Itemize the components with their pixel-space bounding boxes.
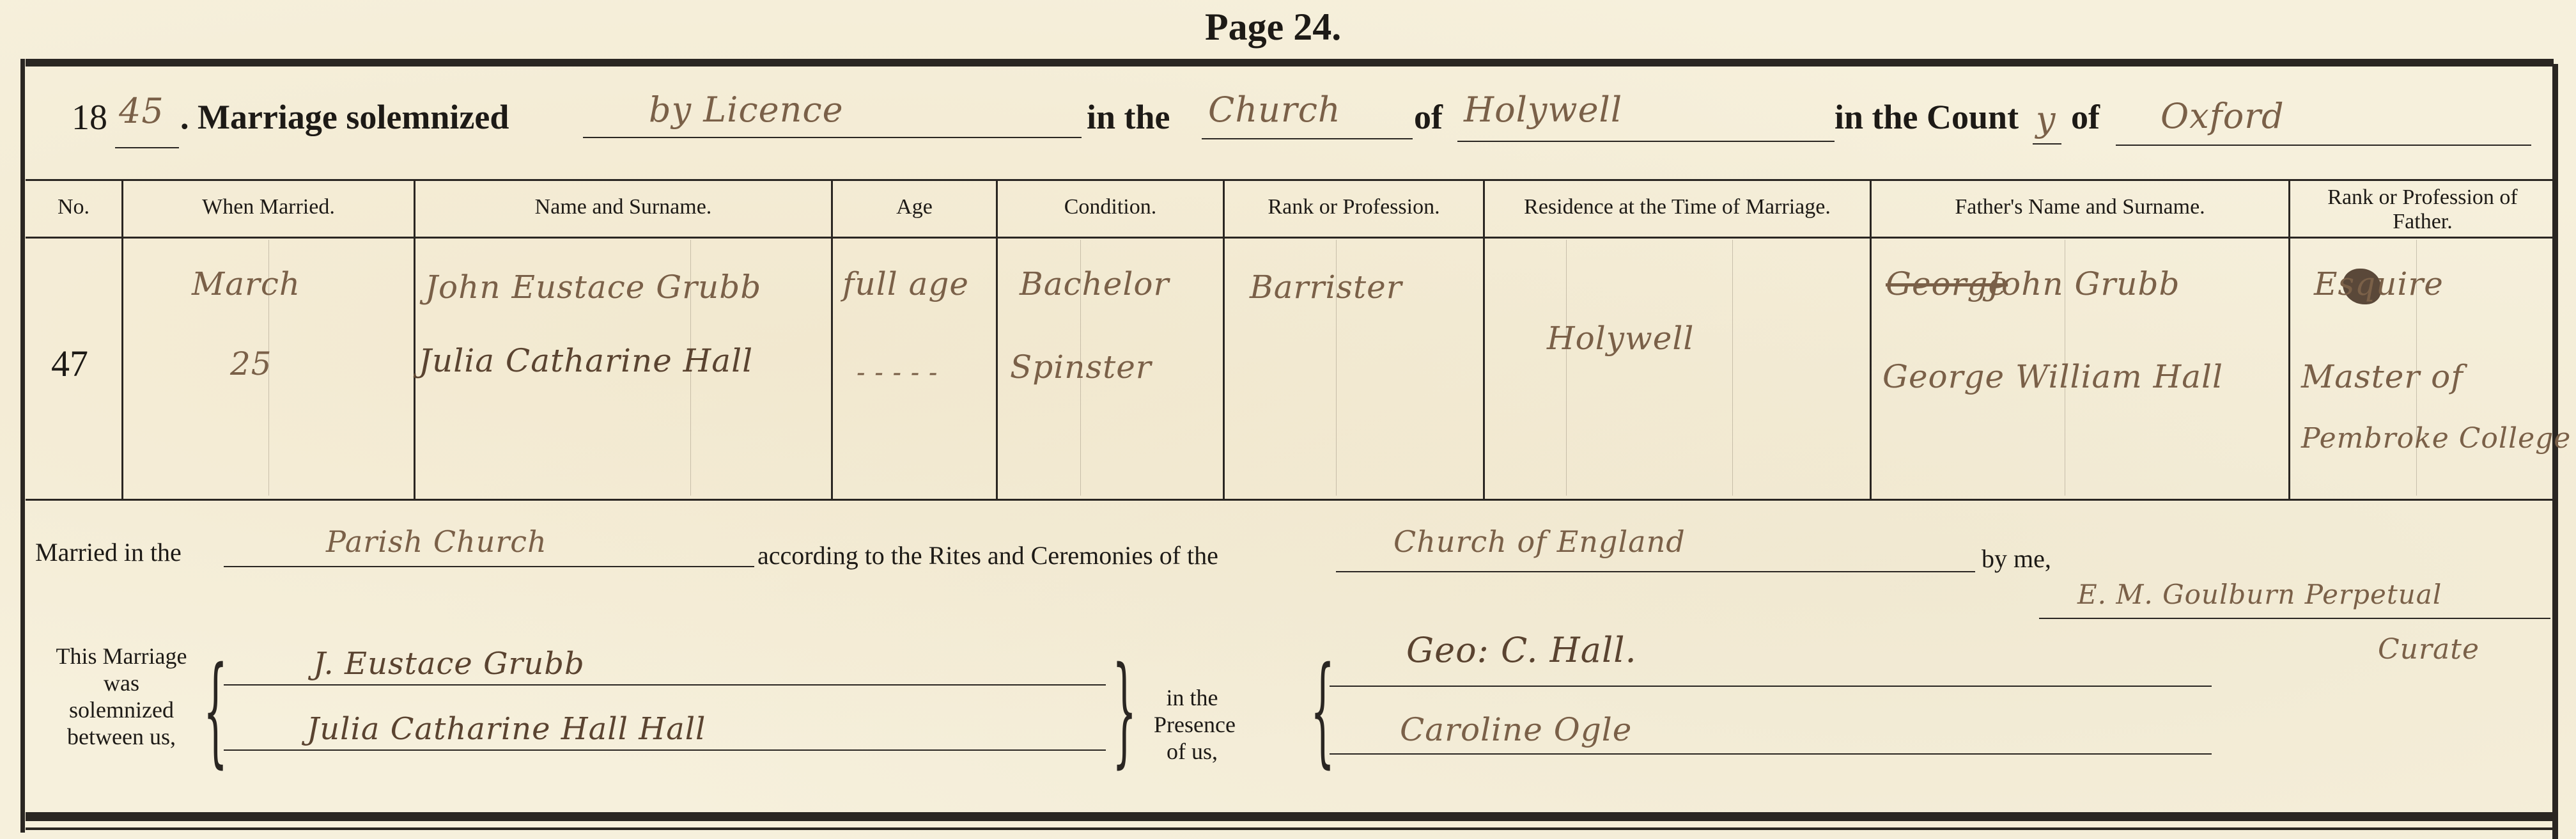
col-header-when-married: When Married. — [123, 195, 414, 219]
married-in-field-line — [224, 566, 754, 567]
col-header-residence: Residence at the Time of Marriage. — [1485, 195, 1870, 219]
witness-1-line — [1330, 686, 2212, 687]
frame-bottom-rule-thin — [26, 827, 2554, 830]
groom-name: John Eustace Grubb — [425, 269, 761, 306]
county-suffix-line — [2033, 143, 2061, 145]
col-divider — [996, 181, 998, 499]
col-header-father-rank: Rank or Profession of Father. — [2301, 185, 2544, 234]
table-top-rule — [26, 179, 2554, 181]
residence: Holywell — [1547, 320, 1694, 357]
rites-label: according to the Rites and Ceremonies of… — [757, 540, 1218, 570]
bride-father-name: George William Hall — [1882, 358, 2223, 395]
parish-value: Holywell — [1464, 90, 1622, 130]
col-divider — [1483, 181, 1485, 499]
groom-father-profession: Esquire — [2314, 265, 2444, 302]
county-value: Oxford — [2161, 96, 2285, 136]
marriage-solemnized-label: . Marriage solemnized — [180, 97, 509, 137]
presence-label: in the Presence of us, — [1154, 684, 1230, 765]
frame-bottom-rule — [26, 812, 2554, 821]
witness-1-signature: Geo: C. Hall. — [1406, 630, 1637, 670]
between-us-line: was — [26, 670, 217, 696]
col-header-age: Age — [833, 195, 996, 219]
table-bottom-rule — [26, 499, 2554, 501]
year-handwritten: 45 — [119, 91, 164, 131]
col-header-rank: Rank or Profession. — [1225, 195, 1483, 219]
between-us-label: This Marriage was solemnized between us, — [26, 643, 217, 750]
marriage-day: 25 — [230, 345, 272, 382]
col-header-no: No. — [26, 195, 121, 219]
col-divider — [1223, 181, 1225, 499]
solemnized-field-line — [583, 137, 1082, 138]
between-us-line: between us, — [26, 723, 217, 750]
presence-line: Presence — [1154, 711, 1230, 738]
col-header-father-name: Father's Name and Surname. — [1872, 195, 2288, 219]
by-me-label: by me, — [1982, 544, 2051, 574]
married-in-label: Married in the — [35, 537, 182, 567]
of-label: of — [1414, 97, 1443, 137]
parish-field-line — [1457, 141, 1835, 142]
col-divider — [414, 181, 415, 499]
bride-signature: Julia Catharine Hall Hall — [307, 711, 706, 747]
faint-guide — [1732, 240, 1733, 496]
left-brace-icon: { — [203, 652, 228, 771]
between-us-line: This Marriage — [26, 643, 217, 670]
witness-2-line — [1330, 753, 2212, 755]
bride-father-profession-line1: Master of — [2301, 358, 2463, 395]
county-field-line — [2116, 145, 2531, 146]
entry-number: 47 — [51, 342, 88, 385]
bride-signature-line — [224, 749, 1106, 751]
presence-line: of us, — [1154, 738, 1230, 765]
bride-age: - - - - - — [857, 358, 938, 388]
col-header-name: Name and Surname. — [415, 195, 831, 219]
between-us-line: solemnized — [26, 696, 217, 723]
officiant-field-line — [2039, 618, 2550, 619]
officiant-line2: Curate — [2378, 633, 2479, 666]
header-bottom-rule — [26, 237, 2554, 239]
right-brace-icon: } — [1112, 652, 1137, 771]
witness-2-signature: Caroline Ogle — [1400, 711, 1632, 748]
married-in-value: Parish Church — [326, 524, 547, 559]
solemnized-value: by Licence — [649, 90, 844, 130]
col-divider — [2288, 181, 2290, 499]
year-prefix: 18 — [72, 97, 107, 138]
in-the-label: in the — [1087, 97, 1170, 137]
rites-value: Church of England — [1393, 524, 1686, 559]
col-divider — [1870, 181, 1872, 499]
col-header-condition: Condition. — [998, 195, 1223, 219]
bride-father-profession-line2: Pembroke College — [2301, 422, 2571, 455]
groom-signature: J. Eustace Grubb — [313, 646, 585, 682]
officiant-line1: E. M. Goulburn Perpetual — [2077, 579, 2442, 610]
col-divider — [831, 181, 833, 499]
presence-line: in the — [1154, 684, 1230, 711]
of-label-2: of — [2071, 97, 2100, 137]
in-the-county-label: in the Count — [1835, 97, 2019, 137]
groom-signature-line — [224, 684, 1106, 686]
church-value: Church — [1208, 90, 1341, 130]
groom-condition: Bachelor — [1020, 265, 1169, 302]
page-title: Page 24. — [1205, 5, 1341, 49]
groom-father-name: John Grubb — [1988, 265, 2180, 302]
col-divider — [121, 181, 123, 499]
frame-top-rule — [26, 59, 2554, 67]
frame-left-rule — [20, 59, 25, 833]
rites-field-line — [1336, 571, 1975, 572]
bride-name: Julia Catharine Hall — [419, 342, 753, 379]
bride-condition: Spinster — [1010, 349, 1152, 386]
marriage-month: March — [192, 265, 300, 302]
year-underline — [115, 147, 179, 148]
faint-guide — [1566, 240, 1567, 496]
church-field-line — [1202, 138, 1413, 139]
county-suffix-handwritten: y — [2036, 99, 2056, 139]
groom-age: full age — [842, 265, 969, 302]
groom-profession: Barrister — [1250, 269, 1402, 306]
